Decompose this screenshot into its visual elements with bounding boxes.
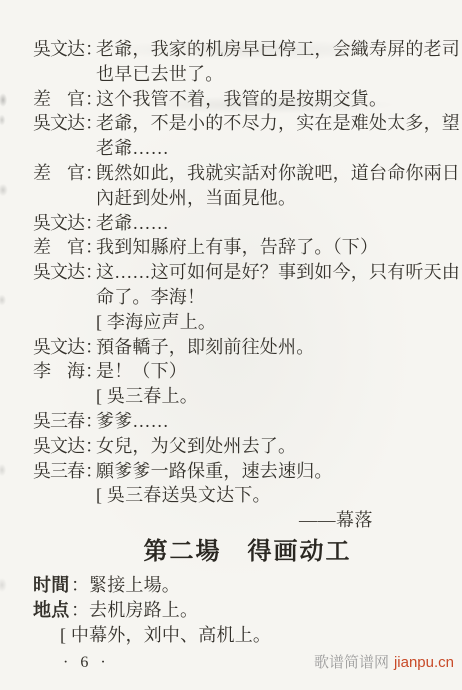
meta-colon: ： bbox=[71, 598, 82, 623]
page-footer: · 6 · 歌谱简谱网jianpu.cn bbox=[33, 651, 462, 672]
continuation-line: 內赶到处州，当面見他。 bbox=[33, 186, 462, 211]
dialogue-text: 預备轎子，即刻前往处州。 bbox=[96, 337, 314, 357]
dialogue-line: 吳三春：爹爹…… bbox=[33, 409, 462, 434]
speaker-colon: ： bbox=[85, 434, 96, 459]
place-value: 去机房路上。 bbox=[89, 600, 198, 620]
speaker-name: 吳文达 bbox=[33, 211, 85, 236]
dialogue-text: 我到知縣府上有事，告辞了。（下） bbox=[96, 237, 378, 257]
stage-direction-text: [ 吳三春上。 bbox=[96, 386, 198, 406]
speaker-colon: ： bbox=[85, 211, 96, 236]
speaker-name: 吳三春 bbox=[33, 459, 85, 484]
time-label: 时間 bbox=[33, 573, 71, 598]
dialogue-text: 女兒，为父到处州去了。 bbox=[96, 436, 296, 456]
place-label: 地点 bbox=[33, 598, 71, 623]
dialogue-line: 吳文达：女兒，为父到处州去了。 bbox=[33, 434, 462, 459]
speaker-name: 差 官 bbox=[33, 235, 85, 260]
stage-direction-text: [ 李海应声上。 bbox=[96, 312, 216, 332]
page-number: · 6 · bbox=[63, 654, 110, 672]
dialogue-text: 老爺…… bbox=[96, 138, 169, 158]
dialogue-line: 差 官：我到知縣府上有事，告辞了。（下） bbox=[33, 235, 462, 260]
speaker-colon: ： bbox=[85, 161, 96, 186]
stage-direction-text: [ 中幕外，刘中、高机上。 bbox=[60, 625, 271, 645]
speaker-colon: ： bbox=[85, 335, 96, 360]
speaker-name: 李 海 bbox=[33, 359, 85, 384]
dialogue-text: 內赶到处州，当面見他。 bbox=[96, 188, 296, 208]
speaker-name: 吳文达 bbox=[33, 111, 85, 136]
speaker-colon: ： bbox=[85, 37, 96, 62]
speaker-colon: ： bbox=[85, 235, 96, 260]
dialogue-line: 差 官：旣然如此，我就实話对你說吧，道台命你兩日 bbox=[33, 161, 462, 186]
dialogue-text: 老爺，我家的机房早已停工，会織寿屏的老司 bbox=[96, 39, 460, 59]
speaker-colon: ： bbox=[85, 359, 96, 384]
dialogue-line: 差 官：这个我管不着，我管的是按期交貨。 bbox=[33, 87, 462, 112]
dialogue-text: 也早已去世了。 bbox=[96, 64, 223, 84]
script-page: 吳文达：老爺，我家的机房早已停工，会織寿屏的老司 也早已去世了。 差 官：这个我… bbox=[0, 0, 462, 690]
scene-meta: 时間：緊接上場。 地点：去机房路上。 [ 中幕外，刘中、高机上。 bbox=[33, 573, 462, 647]
watermark: 歌谱简谱网jianpu.cn bbox=[314, 651, 454, 672]
speaker-name: 差 官 bbox=[33, 161, 85, 186]
speaker-name: 吳三春 bbox=[33, 409, 85, 434]
dialogue-text: 这个我管不着，我管的是按期交貨。 bbox=[96, 89, 387, 109]
speaker-name: 吳文达 bbox=[33, 37, 85, 62]
curtain-note: ——幕落 bbox=[33, 508, 462, 533]
stage-direction-line: [ 李海应声上。 bbox=[33, 310, 462, 335]
page-content: 吳文达：老爺，我家的机房早已停工，会織寿屏的老司 也早已去世了。 差 官：这个我… bbox=[0, 0, 462, 672]
speaker-colon: ： bbox=[85, 409, 96, 434]
meta-time-line: 时間：緊接上場。 bbox=[33, 573, 462, 598]
stage-direction-line: [ 中幕外，刘中、高机上。 bbox=[33, 623, 462, 648]
dialogue-line: 李 海：是！（下） bbox=[33, 359, 462, 384]
speaker-colon: ： bbox=[85, 111, 96, 136]
speaker-colon: ： bbox=[85, 260, 96, 285]
speaker-name: 吳文达 bbox=[33, 260, 85, 285]
dialogue-text: 旣然如此，我就实話对你說吧，道台命你兩日 bbox=[96, 163, 460, 183]
dialogue-line: 吳三春：願爹爹一路保重，速去速归。 bbox=[33, 459, 462, 484]
meta-place-line: 地点：去机房路上。 bbox=[33, 598, 462, 623]
speaker-colon: ： bbox=[85, 87, 96, 112]
dialogue-line: 吳文达：老爺…… bbox=[33, 211, 462, 236]
stage-direction-line: [ 吳三春上。 bbox=[33, 384, 462, 409]
dialogue-text: 是！（下） bbox=[96, 361, 187, 381]
dialogue-text: 願爹爹一路保重，速去速归。 bbox=[96, 461, 333, 481]
dialogue-text: 爹爹…… bbox=[96, 411, 169, 431]
speaker-name: 吳文达 bbox=[33, 335, 85, 360]
stage-direction-text: [ 吳三春送吳文达下。 bbox=[96, 485, 271, 505]
watermark-site-url: jianpu.cn bbox=[394, 654, 454, 671]
speaker-name: 吳文达 bbox=[33, 434, 85, 459]
dialogue-text: 老爺…… bbox=[96, 213, 169, 233]
continuation-line: 也早已去世了。 bbox=[33, 62, 462, 87]
continuation-line: 命了。李海！ bbox=[33, 285, 462, 310]
continuation-line: 老爺…… bbox=[33, 136, 462, 161]
dialogue-line: 吳文达：老爺，我家的机房早已停工，会織寿屏的老司 bbox=[33, 37, 462, 62]
watermark-site-name: 歌谱简谱网 bbox=[314, 654, 389, 671]
dialogue-text: 这……这可如何是好？事到如今，只有听天由 bbox=[96, 262, 460, 282]
scene-heading: 第二場 得画动工 bbox=[33, 537, 462, 567]
dialogue-text: 命了。李海！ bbox=[96, 287, 205, 307]
dialogue-line: 吳文达：这……这可如何是好？事到如今，只有听天由 bbox=[33, 260, 462, 285]
time-value: 緊接上場。 bbox=[89, 575, 180, 595]
speaker-name: 差 官 bbox=[33, 87, 85, 112]
speaker-colon: ： bbox=[85, 459, 96, 484]
dialogue-line: 吳文达：老爺，不是小的不尽力，实在是难处太多，望 bbox=[33, 111, 462, 136]
meta-colon: ： bbox=[71, 573, 82, 598]
stage-direction-line: [ 吳三春送吳文达下。 bbox=[33, 483, 462, 508]
dialogue-text: 老爺，不是小的不尽力，实在是难处太多，望 bbox=[96, 113, 460, 133]
dialogue-line: 吳文达：預备轎子，即刻前往处州。 bbox=[33, 335, 462, 360]
